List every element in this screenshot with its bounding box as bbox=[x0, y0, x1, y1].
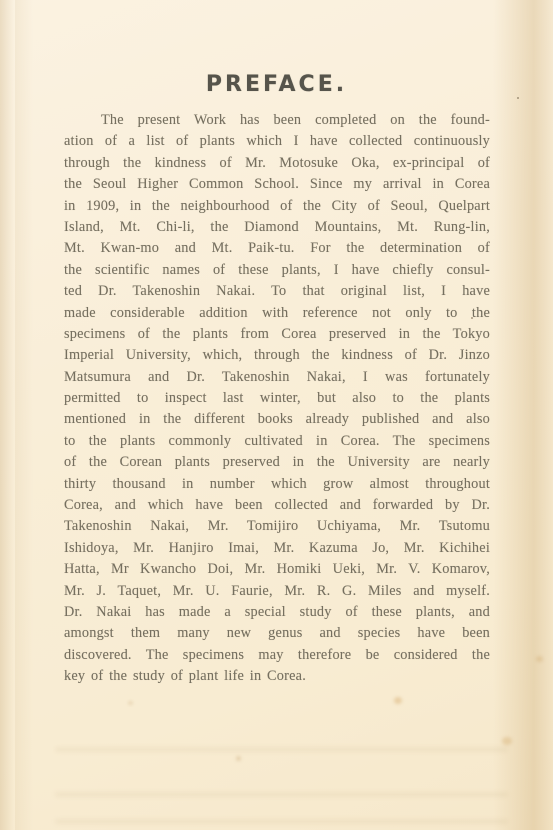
page-left-curvature-streak bbox=[15, 0, 39, 830]
showthrough-band bbox=[55, 792, 508, 797]
text-line: Island, Mt. Chi-li, the Diamond Mountain… bbox=[64, 217, 490, 238]
foxing-stain bbox=[502, 737, 512, 745]
text-line: key of the study of plant life in Corea. bbox=[64, 666, 490, 687]
text-line: Mt. Kwan-mo and Mt. Paik-tu. For the det… bbox=[64, 238, 490, 259]
showthrough-band bbox=[55, 747, 508, 752]
text-line: amongst them many new genus and species … bbox=[64, 623, 490, 644]
page-right-edge-shadow bbox=[493, 0, 553, 830]
text-line: The present Work has been completed on t… bbox=[64, 110, 490, 131]
text-line: thirty thousand in number which grow alm… bbox=[64, 474, 490, 495]
text-line: discovered. The specimens may therefore … bbox=[64, 645, 490, 666]
foxing-stain bbox=[236, 756, 241, 761]
text-line: ation of a list of plants which I have c… bbox=[64, 131, 490, 152]
showthrough-band bbox=[55, 819, 508, 824]
page-left-edge-shadow bbox=[0, 0, 14, 830]
text-line: mentioned in the different books already… bbox=[64, 409, 490, 430]
text-line: the Seoul Higher Common School. Since my… bbox=[64, 174, 490, 195]
text-line: Dr. Nakai has made a special study of th… bbox=[64, 602, 490, 623]
book-page: PREFACE. The present Work has been compl… bbox=[0, 0, 553, 830]
text-line: of the Corean plants preserved in the Un… bbox=[64, 452, 490, 473]
text-line: through the kindness of Mr. Motosuke Oka… bbox=[64, 153, 490, 174]
text-line: ted Dr. Takenoshin Nakai. To that origin… bbox=[64, 281, 490, 302]
preface-body: The present Work has been completed on t… bbox=[64, 110, 490, 688]
foxing-stain bbox=[394, 697, 402, 704]
text-line: the scientific names of these plants, I … bbox=[64, 260, 490, 281]
page-title: PREFACE. bbox=[0, 72, 553, 97]
text-line: Takenoshin Nakai, Mr. Tomijiro Uchiyama,… bbox=[64, 516, 490, 537]
text-line: made considerable addition with referenc… bbox=[64, 303, 490, 324]
foxing-stain bbox=[536, 656, 543, 662]
text-line: Matsumura and Dr. Takenoshin Nakai, I wa… bbox=[64, 367, 490, 388]
text-line: Corea, and which have been collected and… bbox=[64, 495, 490, 516]
text-line: Ishidoya, Mr. Hanjiro Imai, Mr. Kazuma J… bbox=[64, 538, 490, 559]
text-line: specimens of the plants from Corea prese… bbox=[64, 324, 490, 345]
text-line: permitted to inspect last winter, but al… bbox=[64, 388, 490, 409]
text-line: Hatta, Mr Kwancho Doi, Mr. Homiki Ueki, … bbox=[64, 559, 490, 580]
text-line: in 1909, in the neighbourhood of the Cit… bbox=[64, 196, 490, 217]
ink-speck bbox=[517, 97, 519, 99]
text-line: Mr. J. Taquet, Mr. U. Faurie, Mr. R. G. … bbox=[64, 581, 490, 602]
text-line: Imperial University, which, through the … bbox=[64, 345, 490, 366]
text-line: to the plants commonly cultivated in Cor… bbox=[64, 431, 490, 452]
foxing-stain bbox=[128, 701, 133, 705]
